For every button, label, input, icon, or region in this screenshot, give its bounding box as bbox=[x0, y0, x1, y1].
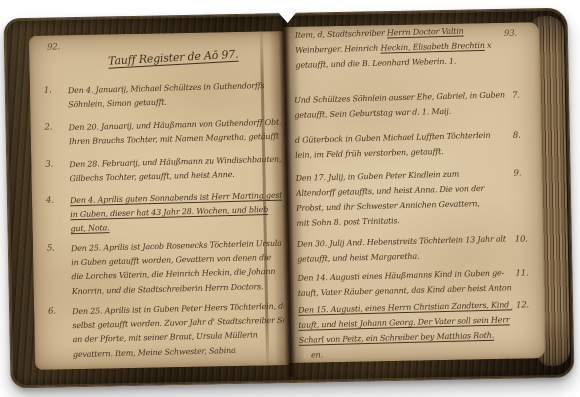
entry-number: 5. bbox=[47, 242, 71, 253]
register-entry-8: d Güterbock in Guben Michael Lufften Töc… bbox=[295, 128, 536, 163]
register-entry-9: Den 17. Julij, in Guben Peter Kindlein z… bbox=[295, 166, 536, 231]
entry-number: 4. bbox=[46, 194, 70, 205]
entry-number: 3. bbox=[45, 158, 69, 169]
right-page: 93. Item, d, Stadtschreiber Herrn Doctor… bbox=[283, 22, 545, 363]
register-entry-10: Den 30. Julij And. Hebenstreits Töchterl… bbox=[297, 232, 538, 267]
entry-number: 1. bbox=[44, 84, 68, 95]
entry-number: 10. bbox=[511, 232, 537, 244]
entry-number: 7. bbox=[508, 88, 534, 100]
line-segment-underlined: Heckin, Elisabeth Brechtin bbox=[380, 41, 484, 53]
line-segment: Item, d, Stadtschreiber bbox=[295, 28, 387, 39]
register-entry-3: 3. Den 28. Februarij, und Häußmann zu Wi… bbox=[45, 154, 282, 187]
entry-number: 2. bbox=[44, 121, 68, 132]
entry-number: 8. bbox=[509, 128, 535, 140]
register-entry-12: Den 15. Augusti, eines Herrn Christian Z… bbox=[298, 298, 539, 348]
entry-number: 11. bbox=[511, 266, 537, 278]
book-leather-cover: 92. Tauff Register de Aō 97. 1. Den 4. J… bbox=[4, 8, 575, 389]
register-entry-11: Den 14. Augusti eines Häußmanns Kind in … bbox=[297, 266, 538, 301]
entry-continuation: Item, d, Stadtschreiber Herrn Doctor Val… bbox=[295, 23, 536, 73]
entry-number: 9. bbox=[509, 166, 535, 178]
entry-number: 12. bbox=[512, 298, 538, 310]
photo-of-open-manuscript-book: 92. Tauff Register de Aō 97. 1. Den 4. J… bbox=[0, 0, 580, 397]
left-page-number: 92. bbox=[47, 42, 60, 52]
left-page-entries: 1. Den 4. Januarij, Michael Schültzes in… bbox=[44, 80, 285, 363]
line-segment-underlined: Herrn Doctor Valtin bbox=[387, 26, 464, 37]
line-segment: Weinberger. Heinrich bbox=[295, 44, 381, 55]
register-entry-4: 4. Den 4. Aprilis guten Sonnabends ist H… bbox=[46, 190, 283, 237]
register-entry-2: 2. Den 20. Januarij, und Häußmann von Gu… bbox=[44, 117, 281, 150]
register-entry-7: Und Schültzes Söhnlein ausser Ehe, Gabri… bbox=[294, 88, 535, 123]
register-title: Tauff Register de Aō 97. bbox=[81, 46, 265, 69]
register-entry-5: 5. Den 25. Aprilis ist Jacob Rosenecks T… bbox=[47, 238, 284, 300]
left-page: 92. Tauff Register de Aō 97. 1. Den 4. J… bbox=[29, 31, 289, 370]
right-page-entries: Und Schültzes Söhnlein ausser Ehe, Gabri… bbox=[294, 88, 539, 363]
register-entry-6: 6. Den 25. Aprilis ist in Guben Peter He… bbox=[48, 301, 285, 363]
entry-number: 6. bbox=[48, 305, 72, 316]
register-entry-1: 1. Den 4. Januarij, Michael Schültzes in… bbox=[44, 80, 281, 113]
gutter-top-notch bbox=[276, 10, 298, 23]
line-segment: x bbox=[485, 41, 492, 50]
